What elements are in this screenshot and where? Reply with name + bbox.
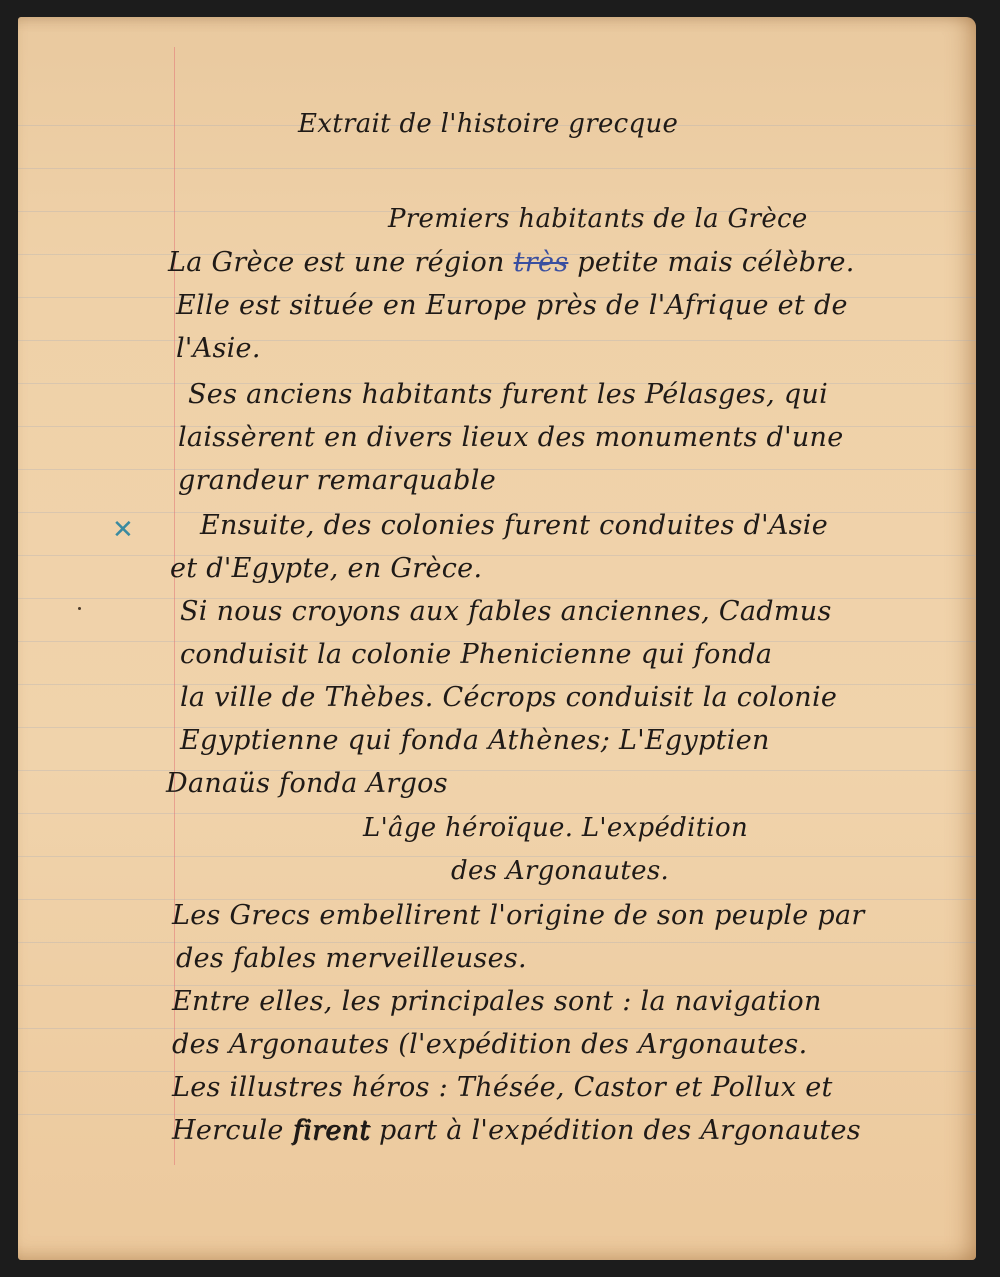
text-line: Si nous croyons aux fables anciennes, Ca…: [180, 596, 832, 627]
document-title: Extrait de l'histoire grecque: [298, 109, 678, 139]
text-line: des fables merveilleuses.: [176, 943, 527, 974]
text-line: l'Asie.: [176, 333, 261, 364]
text-segment: Hercule: [172, 1115, 284, 1146]
ruled-line: [18, 469, 976, 470]
text-line: La Grèce est une région très petite mais…: [168, 247, 855, 278]
text-line: Ensuite, des colonies furent conduites d…: [200, 510, 828, 541]
text-line: Les illustres héros : Thésée, Castor et …: [172, 1072, 833, 1103]
text-line: la ville de Thèbes. Cécrops conduisit la…: [180, 682, 837, 713]
text-line: Entre elles, les principales sont : la n…: [172, 986, 822, 1017]
margin-cross-mark: ✕: [112, 515, 134, 545]
ruled-line: [18, 555, 976, 556]
text-line: et d'Egypte, en Grèce.: [170, 553, 482, 584]
section-heading: L'âge héroïque. L'expédition: [363, 813, 748, 843]
text-line: Egyptienne qui fonda Athènes; L'Egyptien: [180, 725, 770, 756]
text-line: grandeur remarquable: [178, 465, 496, 496]
text-line: Elle est située en Europe près de l'Afri…: [176, 290, 848, 321]
text-line: des Argonautes (l'expédition des Argonau…: [172, 1029, 807, 1060]
text-line: Ses anciens habitants furent les Pélasge…: [188, 379, 828, 410]
section-heading: des Argonautes.: [451, 856, 669, 886]
text-line: Hercule firent part à l'expédition des A…: [172, 1115, 861, 1146]
overwritten-word: firent: [293, 1115, 371, 1146]
section-heading: Premiers habitants de la Grèce: [388, 204, 808, 234]
notebook-page: ✕ Extrait de l'histoire grecque Premiers…: [18, 17, 976, 1260]
text-line: laissèrent en divers lieux des monuments…: [178, 422, 844, 453]
text-line: Danaüs fonda Argos: [166, 768, 448, 799]
struck-word: très: [514, 247, 569, 278]
ruled-line: [18, 770, 976, 771]
text-line: Les Grecs embellirent l'origine de son p…: [172, 900, 865, 931]
text-line: conduisit la colonie Phenicienne qui fon…: [180, 639, 772, 670]
text-segment: petite mais célèbre.: [577, 247, 854, 278]
text-segment: part à l'expédition des Argonautes: [379, 1115, 861, 1146]
ruled-line: [18, 340, 976, 341]
text-segment: La Grèce est une région: [168, 247, 505, 278]
ink-dot: [78, 607, 81, 610]
ruled-line: [18, 168, 976, 169]
